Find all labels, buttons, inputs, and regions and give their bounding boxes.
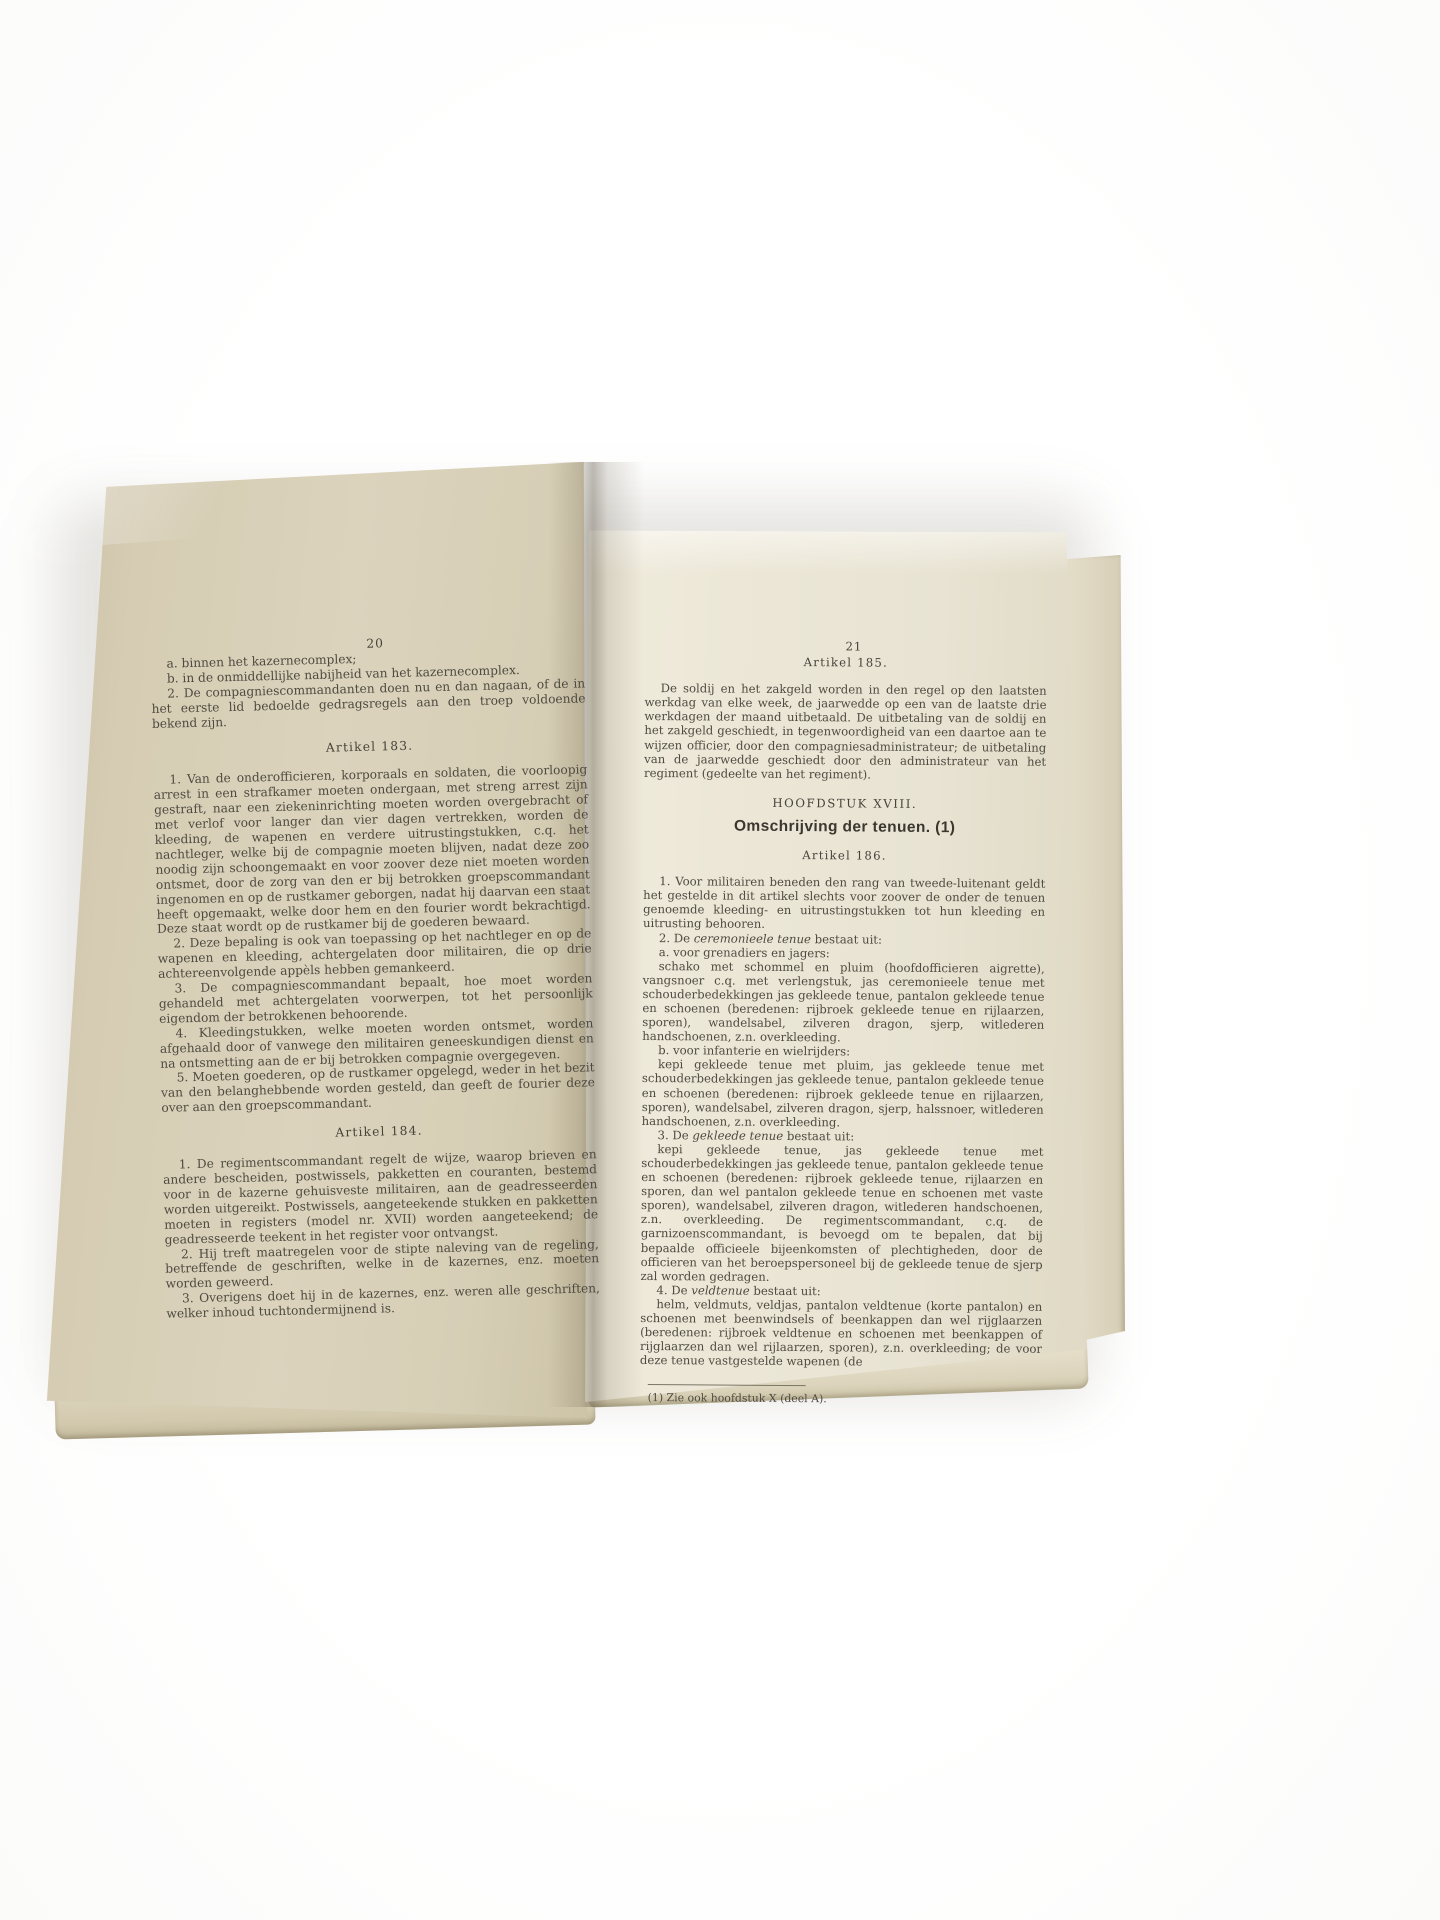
tenue-term: gekleede tenue (692, 1128, 783, 1143)
paragraph: kepi gekleede tenue, jas gekleede tenue … (640, 1142, 1043, 1286)
footnote-rule (648, 1384, 806, 1386)
chapter-kicker: HOOFDSTUK XVIII. (644, 795, 1046, 812)
paragraph: 1. Van de onderofficieren, korporaals en… (153, 763, 591, 938)
tenue-term: veldtenue (691, 1283, 749, 1297)
paragraph: 2. De compagniescommandanten doen nu en … (151, 676, 586, 731)
chapter-title: Omschrijving der tenuen. (1) (644, 819, 1046, 836)
article-heading: Artikel 184. (162, 1119, 596, 1145)
paragraph: 1. De regimentscommandant regelt de wijz… (163, 1147, 599, 1247)
list-item-prefix: 2. De (659, 931, 694, 945)
list-item-prefix: 4. De (656, 1283, 691, 1297)
photo-background: 20 a. binnen het kazernecomplex; b. in d… (0, 0, 1440, 1920)
page-number: 21 (645, 638, 1047, 655)
left-page-text: 20 a. binnen het kazernecomplex; b. in d… (150, 631, 600, 1321)
paragraph: helm, veldmuts, veldjas, pantalon veldte… (640, 1297, 1042, 1370)
paragraph: De soldij en het zakgeld worden in den r… (644, 681, 1047, 782)
paragraph: schako met schommel en pluim (hoofdoffic… (642, 959, 1045, 1046)
list-item-suffix: bestaat uit: (783, 1129, 854, 1143)
paragraph: 5. Moeten goederen, op de rustkamer opge… (160, 1061, 595, 1116)
paragraph: kepi gekleede tenue met pluim, jas gekle… (642, 1057, 1044, 1130)
list-item-suffix: bestaat uit: (811, 932, 882, 946)
tenue-term: ceremonieele tenue (694, 931, 811, 946)
article-heading: Artikel 186. (643, 847, 1045, 864)
right-page-text: 21 Artikel 185. De soldij en het zakgeld… (640, 638, 1047, 1408)
article-heading: Artikel 183. (153, 735, 587, 761)
list-item-suffix: bestaat uit: (750, 1284, 821, 1298)
footnote: (1) Zie ook hoofdstuk X (deel A). (640, 1391, 1042, 1408)
paragraph: 1. Voor militairen beneden den rang van … (643, 874, 1045, 933)
list-item-prefix: 3. De (657, 1128, 692, 1142)
article-heading: Artikel 185. (645, 654, 1047, 671)
